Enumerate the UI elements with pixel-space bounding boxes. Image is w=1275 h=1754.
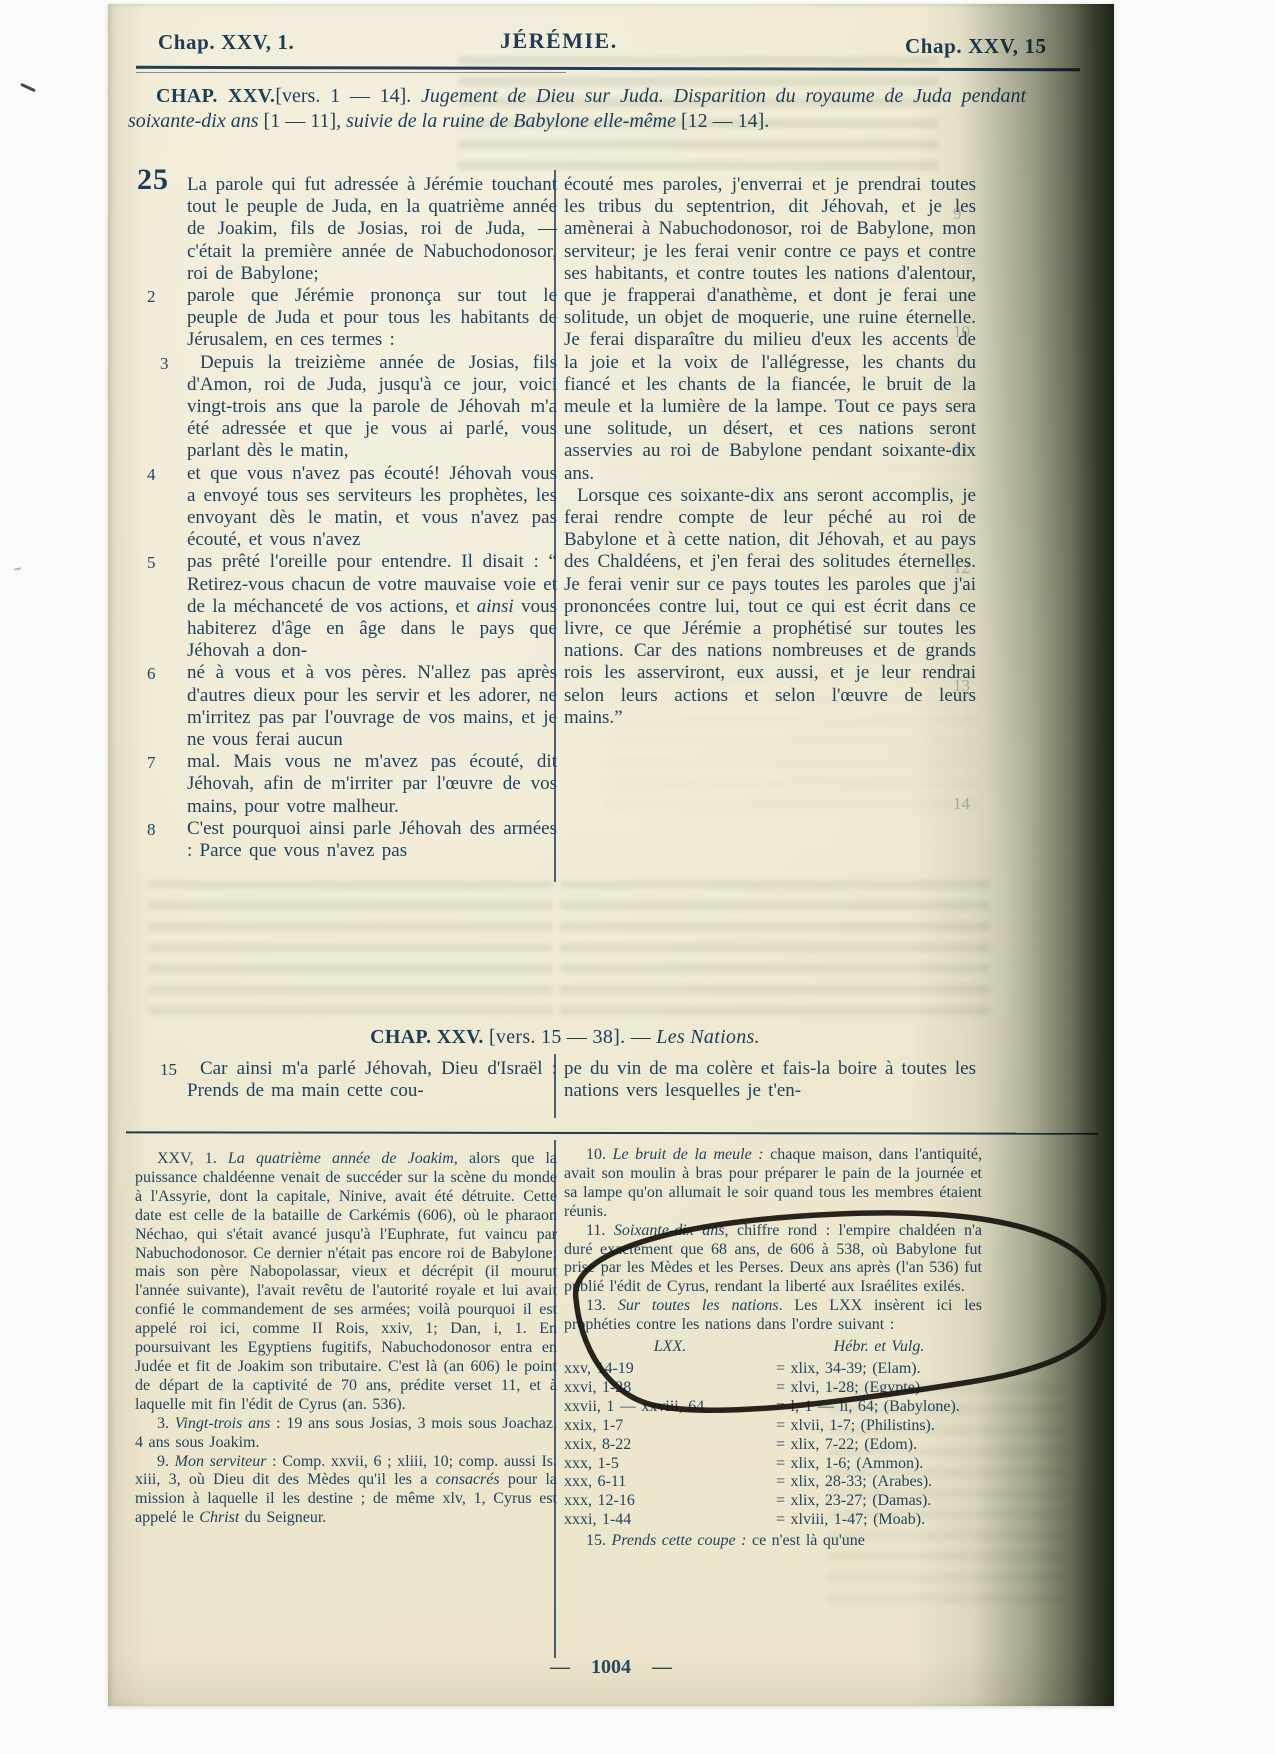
footnote-3: 3. Vingt-trois ans : 19 ans sous Josias,…	[135, 1415, 557, 1453]
verse15-right: pe du vin de ma colère et fais-la boire …	[564, 1058, 976, 1102]
column-divider-verse15	[554, 1054, 556, 1118]
gutter-verse-number: 12	[953, 558, 970, 578]
header-rule-thin	[136, 72, 566, 73]
chapter-summary-verses: [vers. 1 — 14].	[275, 85, 421, 107]
table-row: xxx, 1-5= xlix, 1-6; (Ammon).	[564, 1455, 982, 1474]
verse-paragraph: 25La parole qui fut adressée à Jérémie t…	[187, 174, 557, 285]
footnote-11: 11. Soixante-dix ans, chiffre rond : l'e…	[564, 1222, 982, 1298]
table-row: xxv, 14-19= xlix, 34-39; (Elam).	[564, 1360, 982, 1379]
column-divider	[554, 170, 556, 882]
table-row: xxx, 12-16= xlix, 23-27; (Damas).	[564, 1492, 982, 1511]
pen-mark-small	[14, 567, 21, 570]
book-title: JÉRÉMIE.	[500, 28, 618, 54]
running-head-right: Chap. XXV, 15	[905, 34, 1047, 59]
verse-number: 3	[147, 353, 169, 375]
verse-number: 2	[147, 286, 156, 308]
verse-paragraph: 8C'est pourquoi ainsi parle Jéhovah des …	[187, 818, 557, 862]
header-rule	[136, 66, 1080, 71]
gutter-verse-number: 14	[953, 794, 970, 814]
ink-bleedthrough	[148, 880, 553, 1022]
table-header-hebr-vulg: Hébr. et Vulg.	[776, 1338, 982, 1357]
footnotes-right-column: 10. Le bruit de la meule : chaque maison…	[564, 1146, 1010, 1551]
table-row: xxvi, 1-28= xlvi, 1-28; (Egypte).	[564, 1379, 982, 1398]
verse-paragraph: 7mal. Mais vous ne m'avez pas écouté, di…	[187, 751, 557, 818]
footnote-separator	[126, 1131, 1098, 1134]
verse-paragraph: 2parole que Jérémie prononça sur tout le…	[187, 285, 557, 352]
footnote-9: 9. Mon serviteur : Comp. xxvii, 6 ; xlii…	[135, 1453, 557, 1529]
book-page: Chap. XXV, 1. JÉRÉMIE. Chap. XXV, 15 CHA…	[108, 4, 1114, 1706]
gutter-verse-number: 13	[953, 676, 970, 696]
verse-number: 8	[147, 819, 156, 841]
verse-number: 7	[147, 752, 156, 774]
footnote-13: 13. Sur toutes les nations. Les LXX insè…	[564, 1297, 982, 1335]
chapter-summary-lead: CHAP. XXV.	[156, 85, 275, 107]
table-row: xxxi, 1-44= xlviii, 1-47; (Moab).	[564, 1511, 982, 1530]
verse-number: 6	[147, 663, 156, 685]
verse-paragraph: Lorsque ces soixante-dix ans seront acco…	[564, 485, 976, 729]
text-column-left: 25La parole qui fut adressée à Jérémie t…	[135, 174, 557, 862]
concordance-table-header: LXX. Hébr. et Vulg.	[564, 1338, 982, 1357]
verse-number: 5	[147, 552, 156, 574]
gutter-verse-number: 9	[953, 204, 962, 224]
footnote-10: 10. Le bruit de la meule : chaque maison…	[564, 1146, 982, 1222]
verse-number: 4	[147, 464, 156, 486]
chapter-summary: CHAP. XXV.[vers. 1 — 14]. Jugement de Di…	[128, 84, 1026, 134]
verse-paragraph: 6né à vous et à vos pères. N'allez pas a…	[187, 662, 557, 751]
table-row: xxix, 1-7= xlvii, 1-7; (Philistins).	[564, 1417, 982, 1436]
table-row: xxix, 8-22= xlix, 7-22; (Edom).	[564, 1436, 982, 1455]
footnotes-left-column: XXV, 1. La quatrième année de Joakim, al…	[135, 1150, 557, 1528]
gutter-verse-number: 11	[953, 440, 969, 460]
scanned-book-page-photo: { "scan": { "header": { "left": "Chap. X…	[0, 0, 1275, 1754]
footnote-15: 15. Prends cette coupe : ce n'est là qu'…	[564, 1532, 982, 1551]
section-heading-les-nations: CHAP. XXV. [vers. 15 — 38]. — Les Nation…	[135, 1026, 995, 1049]
table-row: xxvii, 1 — xxviii, 64= l, 1 — li, 64; (B…	[564, 1398, 982, 1417]
ink-bleedthrough	[560, 880, 990, 1026]
concordance-table: LXX. Hébr. et Vulg. xxv, 14-19= xlix, 34…	[564, 1338, 982, 1530]
verse-paragraph: écouté mes paroles, j'enverrai et je pre…	[564, 174, 976, 485]
running-head-left: Chap. XXV, 1.	[158, 30, 294, 55]
pen-mark	[20, 83, 36, 92]
verse-paragraph: 5pas prêté l'oreille pour entendre. Il d…	[187, 551, 557, 662]
gutter-verse-number: 10	[953, 322, 970, 342]
table-row: xxx, 6-11= xlix, 28-33; (Arabes).	[564, 1473, 982, 1492]
verse-number: 15	[147, 1059, 177, 1081]
footnote-xxv-1: XXV, 1. La quatrième année de Joakim, al…	[135, 1150, 557, 1415]
verse-paragraph: 3Depuis la treizième année de Josias, fi…	[187, 352, 557, 463]
text-column-right: écouté mes paroles, j'enverrai et je pre…	[564, 174, 976, 729]
verse15-left: 15Car ainsi m'a parlé Jéhovah, Dieu d'Is…	[135, 1058, 557, 1102]
page-number: — 1004 —	[108, 1656, 1114, 1679]
verse-paragraph: 4et que vous n'avez pas écouté! Jéhovah …	[187, 463, 557, 552]
chapter-number: 25	[137, 169, 169, 191]
table-header-lxx: LXX.	[564, 1338, 776, 1357]
